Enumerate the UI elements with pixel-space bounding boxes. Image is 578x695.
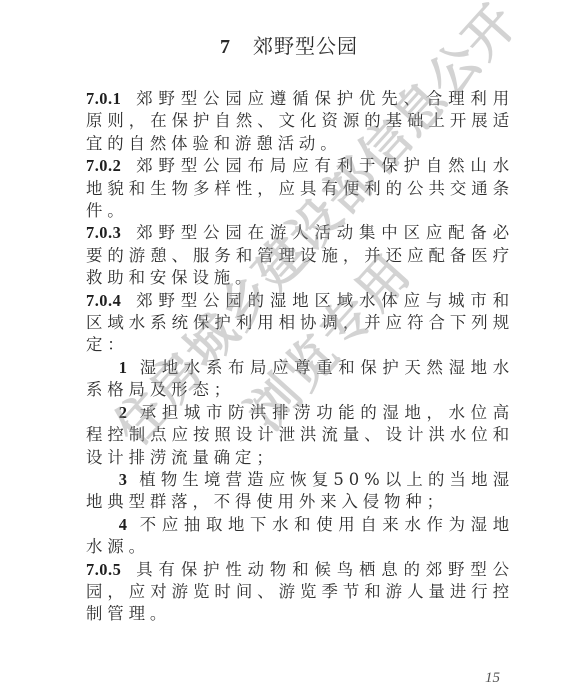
item-text: 湿地水系布局应尊重和保护天然湿地水系格局及形态； (86, 358, 514, 399)
clause-item-3: 3植物生境营造应恢复50%以上的当地湿地典型群落，不得使用外来入侵物种； (86, 469, 514, 514)
clause-item-4: 4不应抽取地下水和使用自来水作为湿地水源。 (86, 514, 514, 559)
chapter-heading: 7郊野型公园 (0, 30, 578, 59)
clause-7-0-1: 7.0.1郊野型公园应遵循保护优先、合理利用原则，在保护自然、文化资源的基础上开… (86, 88, 514, 155)
clause-7-0-5: 7.0.5具有保护性动物和候鸟栖息的郊野型公园，应对游览时间、游览季节和游人量进… (86, 559, 514, 626)
clause-7-0-2: 7.0.2郊野型公园布局应有利于保护自然山水地貌和生物多样性，应具有便利的公共交… (86, 155, 514, 222)
item-number: 1 (119, 358, 127, 377)
clause-7-0-4: 7.0.4郊野型公园的湿地区域水体应与城市和区域水系统保护利用相协调，并应符合下… (86, 290, 514, 357)
clause-item-1: 1湿地水系布局应尊重和保护天然湿地水系格局及形态； (86, 357, 514, 402)
clause-number: 7.0.4 (86, 291, 121, 310)
clause-text: 具有保护性动物和候鸟栖息的郊野型公园，应对游览时间、游览季节和游人量进行控制管理… (86, 560, 514, 624)
item-number: 3 (119, 470, 127, 489)
clause-text: 郊野型公园应遵循保护优先、合理利用原则，在保护自然、文化资源的基础上开展适宜的自… (86, 89, 514, 153)
clause-item-2: 2承担城市防洪排涝功能的湿地，水位高程控制点应按照设计泄洪流量、设计洪水位和设计… (86, 402, 514, 469)
chapter-title: 郊野型公园 (253, 34, 358, 58)
chapter-number: 7 (220, 36, 231, 58)
clause-text: 郊野型公园的湿地区域水体应与城市和区域水系统保护利用相协调，并应符合下列规定： (86, 291, 514, 355)
item-number: 4 (119, 515, 127, 534)
clause-number: 7.0.1 (86, 89, 121, 108)
item-number: 2 (119, 403, 127, 422)
page-number: 15 (485, 670, 500, 687)
item-text: 不应抽取地下水和使用自来水作为湿地水源。 (86, 515, 514, 556)
chapter-body: 7.0.1郊野型公园应遵循保护优先、合理利用原则，在保护自然、文化资源的基础上开… (86, 88, 514, 626)
clause-7-0-3: 7.0.3郊野型公园在游人活动集中区应配备必要的游憩、服务和管理设施，并还应配备… (86, 222, 514, 289)
item-text: 植物生境营造应恢复50%以上的当地湿地典型群落，不得使用外来入侵物种； (86, 470, 514, 511)
clause-number: 7.0.2 (86, 156, 121, 175)
clause-number: 7.0.5 (86, 560, 121, 579)
clause-text: 郊野型公园布局应有利于保护自然山水地貌和生物多样性，应具有便利的公共交通条件。 (86, 156, 514, 220)
item-text: 承担城市防洪排涝功能的湿地，水位高程控制点应按照设计泄洪流量、设计洪水位和设计排… (86, 403, 514, 467)
clause-number: 7.0.3 (86, 223, 121, 242)
clause-text: 郊野型公园在游人活动集中区应配备必要的游憩、服务和管理设施，并还应配备医疗救助和… (86, 223, 514, 287)
document-page: 7郊野型公园 7.0.1郊野型公园应遵循保护优先、合理利用原则，在保护自然、文化… (0, 0, 578, 695)
